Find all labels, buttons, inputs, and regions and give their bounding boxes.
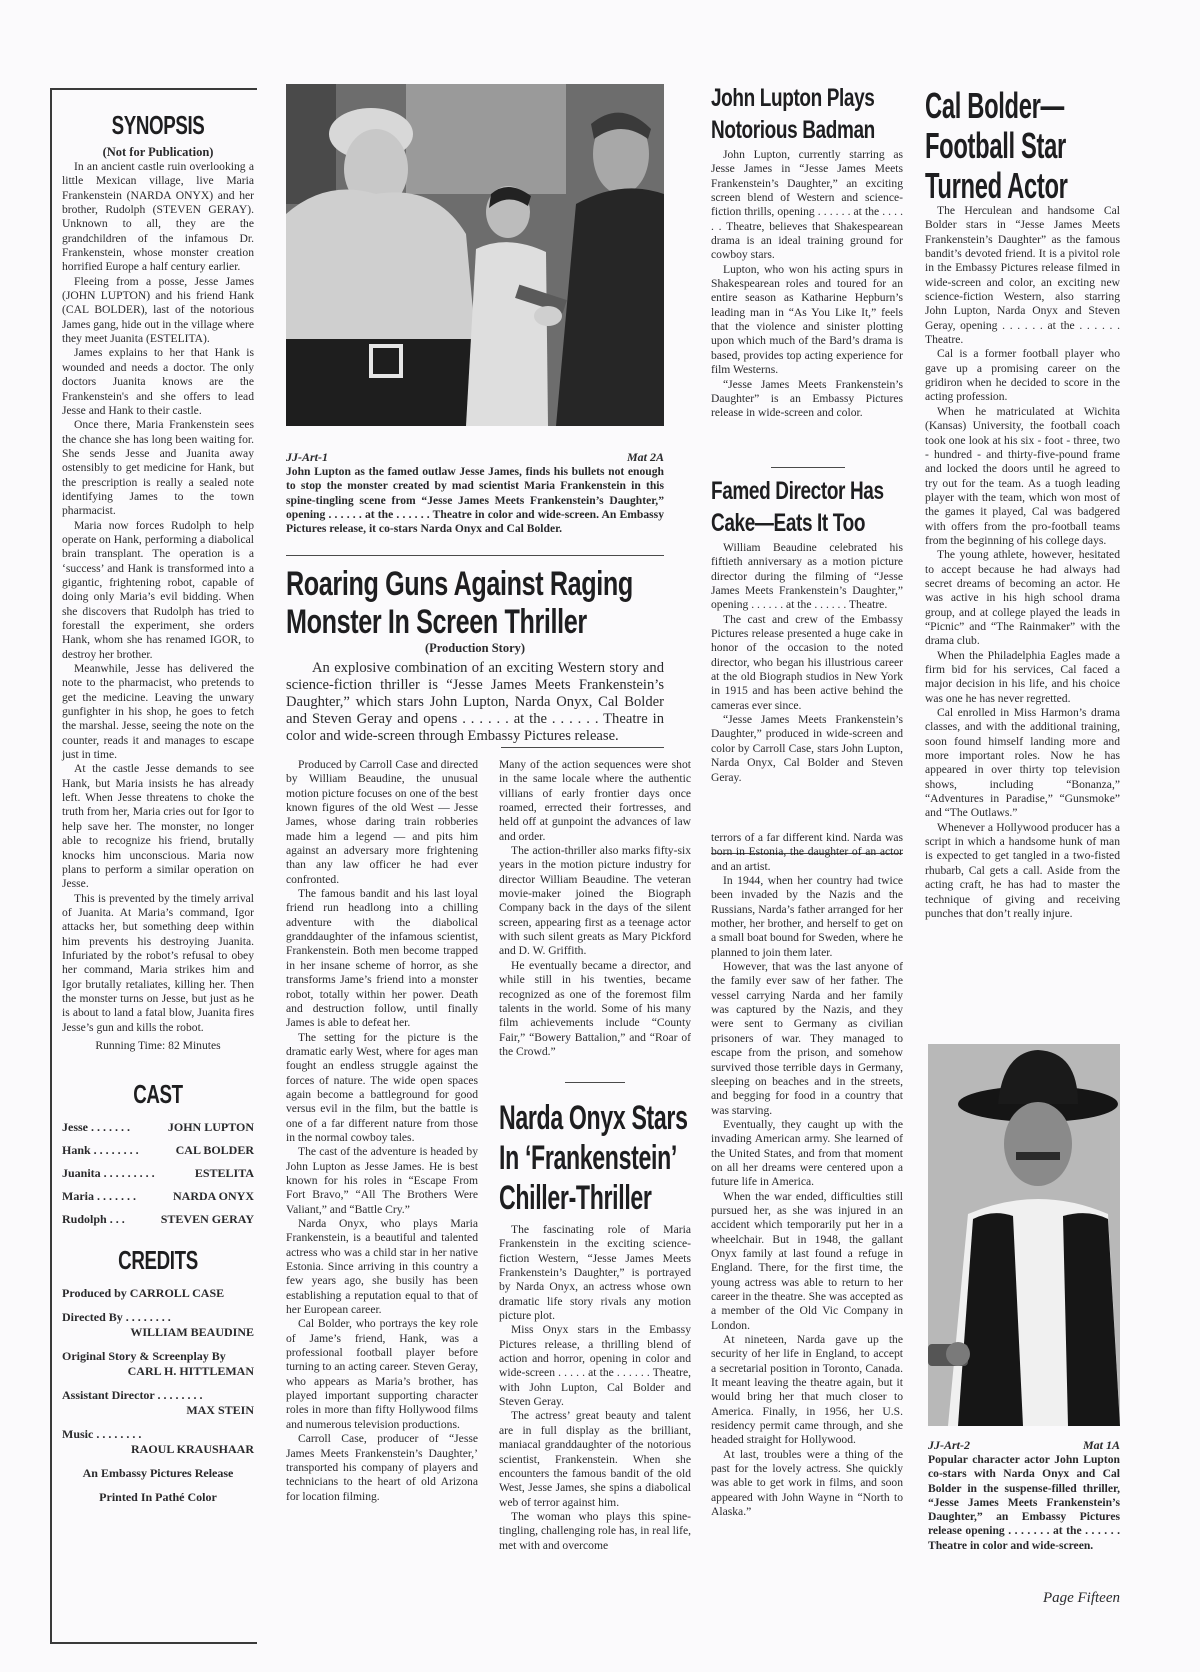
story-paragraph: When he matriculated at Wichita (Kansas)… (925, 405, 1120, 548)
credit-label: Directed By . . . . . . . . (62, 1310, 254, 1325)
credit-item: Original Story & Screenplay ByCARL H. HI… (62, 1349, 254, 1379)
lead-paragraph: An explosive combination of an exciting … (286, 660, 664, 745)
story-paragraph: At nineteen, Narda gave up the security … (711, 1333, 903, 1448)
photo-2-caption: Popular character actor John Lupton co-s… (928, 1453, 1120, 1553)
lupton-story-headline-block: John Lupton Plays Notorious Badman (711, 82, 903, 146)
cast-row: Juanita . . . . . . . . .ESTELITA (62, 1166, 254, 1181)
credits-list: Produced by CARROLL CASE Directed By . .… (62, 1286, 254, 1505)
synopsis-body: In an ancient castle ruin overlooking a … (62, 160, 254, 1053)
photo-2-caption-block: JJ-Art-2 Mat 1A Popular character actor … (928, 1438, 1120, 1553)
synopsis-paragraph: At the castle Jesse demands to see Hank,… (62, 762, 254, 891)
credit-item: Music . . . . . . . .RAOUL KRAUSHAAR (62, 1427, 254, 1457)
film-still-photo-2 (928, 1044, 1120, 1426)
credit-label: Assistant Director . . . . . . . . (62, 1388, 254, 1403)
story-paragraph: “Jesse James Meets Frankenstein’s Daught… (711, 713, 903, 785)
cast-role: Jesse . . . . . . . (62, 1120, 130, 1135)
main-story-subhead: (Production Story) (286, 641, 664, 656)
cast-role: Rudolph . . . (62, 1212, 125, 1227)
photo-1-caption: John Lupton as the famed outlaw Jesse Ja… (286, 465, 664, 536)
synopsis-paragraph: Once there, Maria Frankenstein sees the … (62, 418, 254, 518)
bolder-story-headline-block: Cal Bolder— Football Star Turned Actor (925, 86, 1125, 206)
cast-row: Jesse . . . . . . .JOHN LUPTON (62, 1120, 254, 1135)
story-paragraph: The woman who plays this spine-tingling,… (499, 1510, 691, 1553)
narda-story-column-1: The fascinating role of Maria Frankenste… (499, 1223, 691, 1553)
story-paragraph: Narda Onyx, who plays Maria Frankenstein… (286, 1217, 478, 1317)
credit-produced: Produced by CARROLL CASE (62, 1286, 254, 1301)
bolder-story-body: The Herculean and handsome Cal Bolder st… (925, 204, 1120, 921)
cast-actor: NARDA ONYX (173, 1189, 254, 1204)
credit-name: WILLIAM BEAUDINE (62, 1325, 254, 1340)
synopsis-paragraph: This is prevented by the timely arrival … (62, 892, 254, 1035)
main-story-headline-block: Roaring Guns Against Raging Monster In S… (286, 565, 686, 641)
narda-story-headline: Narda Onyx Stars In ‘Frankenstein’ Chill… (499, 1098, 703, 1218)
synopsis-subheading: (Not for Publication) (62, 145, 254, 160)
synopsis-box: SYNOPSIS (Not for Publication) In an anc… (50, 88, 257, 1644)
story-paragraph: The cast of the adventure is headed by J… (286, 1145, 478, 1217)
story-paragraph: The young athlete, however, hesitated to… (925, 548, 1120, 648)
photo-1-caption-header: JJ-Art-1 Mat 2A (286, 450, 664, 465)
story-paragraph: Whenever a Hollywood producer has a scri… (925, 821, 1120, 921)
synopsis-paragraph: Meanwhile, Jesse has delivered the note … (62, 662, 254, 762)
cast-row: Rudolph . . .STEVEN GERAY (62, 1212, 254, 1227)
cast-role: Hank . . . . . . . . (62, 1143, 139, 1158)
story-paragraph: William Beaudine celebrated his fiftieth… (711, 541, 903, 613)
story-paragraph: The famous bandit and his last loyal fri… (286, 887, 478, 1030)
running-time: Running Time: 82 Minutes (62, 1039, 254, 1053)
story-paragraph: The actress’ great beauty and talent are… (499, 1409, 691, 1509)
story-paragraph: The Herculean and handsome Cal Bolder st… (925, 204, 1120, 347)
main-story-lead: An explosive combination of an exciting … (286, 660, 664, 745)
story-paragraph: At last, troubles were a thing of the pa… (711, 1448, 903, 1520)
art-code: JJ-Art-2 (928, 1438, 970, 1453)
main-story-column-2: Many of the action sequences were shot i… (499, 758, 691, 1059)
synopsis-heading: SYNOPSIS (89, 110, 227, 141)
credit-item: Assistant Director . . . . . . . .MAX ST… (62, 1388, 254, 1418)
story-paragraph: However, that was the last anyone of the… (711, 960, 903, 1118)
credit-name: MAX STEIN (62, 1403, 254, 1418)
story-paragraph: Miss Onyx stars in the Embassy Pictures … (499, 1323, 691, 1409)
photo-1-caption-block: JJ-Art-1 Mat 2A John Lupton as the famed… (286, 450, 664, 536)
divider (501, 747, 664, 748)
credit-label: Original Story & Screenplay By (62, 1349, 254, 1364)
cast-actor: JOHN LUPTON (168, 1120, 254, 1135)
story-paragraph: In 1944, when her country had twice been… (711, 874, 903, 960)
credit-color: Printed In Pathé Color (62, 1490, 254, 1505)
divider (286, 555, 664, 556)
photo-2-caption-header: JJ-Art-2 Mat 1A (928, 1438, 1120, 1453)
story-paragraph: He eventually became a director, and whi… (499, 959, 691, 1059)
story-paragraph: Lupton, who won his acting spurs in Shak… (711, 263, 903, 378)
story-paragraph: Carroll Case, producer of “Jesse James M… (286, 1432, 478, 1504)
story-paragraph: The fascinating role of Maria Frankenste… (499, 1223, 691, 1323)
mat-code: Mat 1A (1083, 1438, 1120, 1453)
story-paragraph: Cal is a former football player who gave… (925, 347, 1120, 404)
story-paragraph: Cal enrolled in Miss Harmon’s drama clas… (925, 706, 1120, 821)
story-paragraph: Produced by Carroll Case and directed by… (286, 758, 478, 887)
monster-scene-illustration (286, 84, 664, 426)
credit-release: An Embassy Pictures Release (62, 1466, 254, 1481)
synopsis-paragraph: In an ancient castle ruin overlooking a … (62, 160, 254, 275)
director-story-headline-block: Famed Director Has Cake—Eats It Too (711, 475, 903, 539)
cast-list: Jesse . . . . . . .JOHN LUPTON Hank . . … (62, 1120, 254, 1227)
story-paragraph: terrors of a far different kind. Narda w… (711, 831, 903, 874)
story-paragraph: When the Philadelphia Eagles made a firm… (925, 649, 1120, 706)
story-paragraph: “Jesse James Meets Frankenstein’s Daught… (711, 378, 903, 421)
film-still-photo-1 (286, 84, 664, 426)
narda-story-continued: terrors of a far different kind. Narda w… (711, 831, 903, 1520)
director-story-body: William Beaudine celebrated his fiftieth… (711, 541, 903, 785)
story-paragraph: Many of the action sequences were shot i… (499, 758, 691, 844)
credit-label: Music . . . . . . . . (62, 1427, 254, 1442)
divider (771, 467, 845, 468)
page-number: Page Fifteen (1010, 1590, 1120, 1607)
story-paragraph: John Lupton, currently starring as Jesse… (711, 148, 903, 263)
cast-row: Hank . . . . . . . .CAL BOLDER (62, 1143, 254, 1158)
gunslinger-portrait-illustration (928, 1044, 1120, 1426)
divider (565, 1082, 625, 1083)
art-code: JJ-Art-1 (286, 450, 328, 465)
cast-role: Maria . . . . . . . (62, 1189, 136, 1204)
director-story-headline: Famed Director Has Cake—Eats It Too (711, 475, 909, 539)
credits-heading: CREDITS (89, 1245, 227, 1276)
credit-item: Directed By . . . . . . . .WILLIAM BEAUD… (62, 1310, 254, 1340)
story-paragraph: Eventually, they caught up with the inva… (711, 1118, 903, 1190)
story-paragraph: When the war ended, difficulties still p… (711, 1190, 903, 1333)
story-paragraph: The action-thriller also marks fifty-six… (499, 844, 691, 959)
synopsis-paragraph: Fleeing from a posse, Jesse James (JOHN … (62, 275, 254, 347)
cast-actor: ESTELITA (195, 1166, 254, 1181)
narda-story-headline-block: Narda Onyx Stars In ‘Frankenstein’ Chill… (499, 1098, 691, 1218)
cast-role: Juanita . . . . . . . . . (62, 1166, 155, 1181)
lupton-story-headline: John Lupton Plays Notorious Badman (711, 82, 909, 146)
cast-actor: STEVEN GERAY (161, 1212, 254, 1227)
cast-row: Maria . . . . . . .NARDA ONYX (62, 1189, 254, 1204)
story-paragraph: Cal Bolder, who portrays the key role of… (286, 1317, 478, 1432)
credit-name: CARL H. HITTLEMAN (62, 1364, 254, 1379)
cast-heading: CAST (89, 1079, 227, 1110)
credit-name: RAOUL KRAUSHAAR (62, 1442, 254, 1457)
story-paragraph: The setting for the picture is the drama… (286, 1031, 478, 1146)
main-story-headline: Roaring Guns Against Raging Monster In S… (286, 565, 686, 641)
mat-code: Mat 2A (627, 450, 664, 465)
cast-actor: CAL BOLDER (176, 1143, 254, 1158)
lupton-story-body: John Lupton, currently starring as Jesse… (711, 148, 903, 421)
bolder-story-headline: Cal Bolder— Football Star Turned Actor (925, 86, 1097, 206)
synopsis-paragraph: Maria now forces Rudolph to help operate… (62, 519, 254, 662)
main-story-column-1: Produced by Carroll Case and directed by… (286, 758, 478, 1504)
synopsis-paragraph: James explains to her that Hank is wound… (62, 346, 254, 418)
story-paragraph: The cast and crew of the Embassy Picture… (711, 613, 903, 713)
